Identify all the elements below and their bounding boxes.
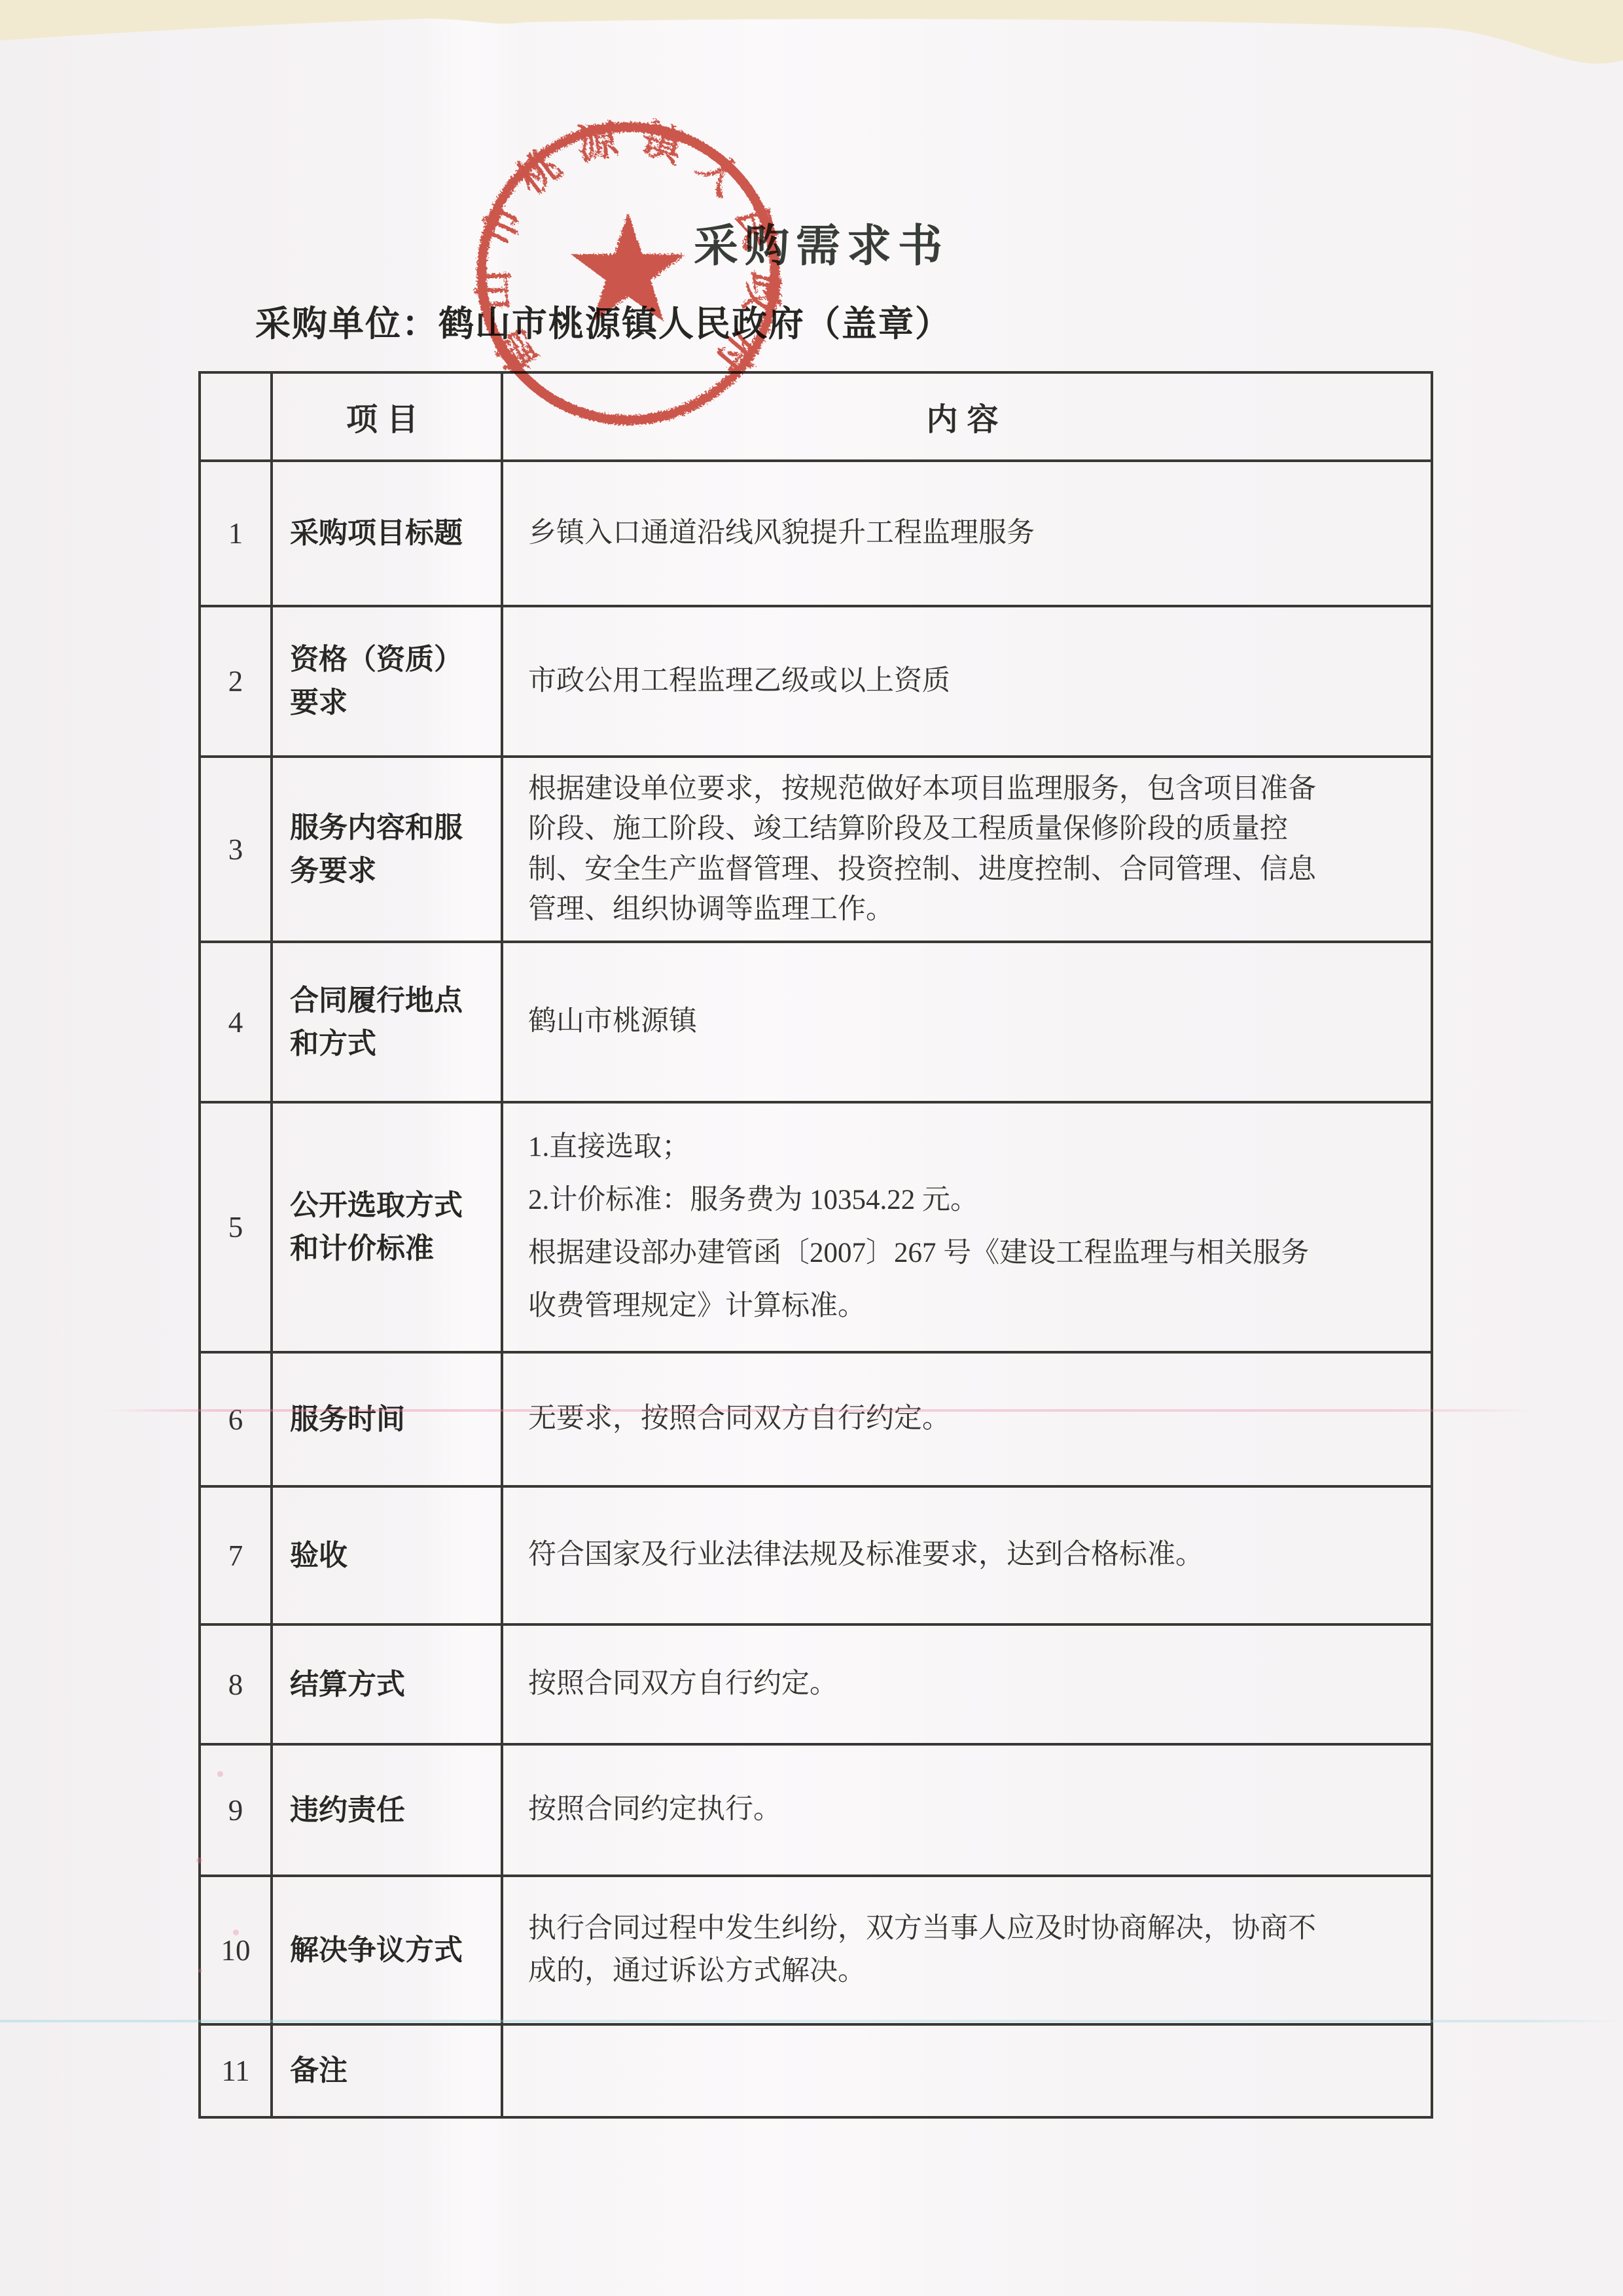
table-row: 4 合同履行地点和方式 鹤山市桃源镇 [200, 942, 1432, 1102]
table-row: 1 采购项目标题 乡镇入口通道沿线风貌提升工程监理服务 [200, 461, 1432, 606]
row-content: 符合国家及行业法律法规及标准要求，达到合格标准。 [502, 1486, 1432, 1624]
row-content: 市政公用工程监理乙级或以上资质 [502, 606, 1432, 757]
row-content-line: 根据建设部办建管函〔2007〕267 号《建设工程监理与相关服务收费管理规定》计… [528, 1227, 1321, 1333]
row-number: 2 [200, 606, 272, 757]
row-label: 解决争议方式 [272, 1876, 502, 2024]
purchaser-line: 采购单位：鹤山市桃源镇人民政府（盖章） [255, 296, 952, 346]
table-row: 3 服务内容和服务要求 根据建设单位要求，按规范做好本项目监理服务，包含项目准备… [200, 757, 1432, 942]
table-header-row: 项目 内容 [200, 372, 1432, 461]
row-label: 结算方式 [272, 1624, 502, 1744]
row-content: 根据建设单位要求，按规范做好本项目监理服务，包含项目准备阶段、施工阶段、竣工结算… [502, 757, 1432, 942]
row-number: 8 [200, 1624, 272, 1744]
row-content: 乡镇入口通道沿线风貌提升工程监理服务 [502, 461, 1432, 606]
row-content [502, 2024, 1432, 2117]
row-label: 服务内容和服务要求 [272, 757, 502, 942]
paper-sheet: 采购需求书 采购单位：鹤山市桃源镇人民政府（盖章） 项目 内容 1 采购项目标题… [0, 0, 1623, 2296]
row-label: 违约责任 [272, 1744, 502, 1876]
requirements-table: 项目 内容 1 采购项目标题 乡镇入口通道沿线风貌提升工程监理服务 2 资格（资… [198, 371, 1433, 2119]
row-content-line: 2.计价标准：服务费为 10354.22 元。 [528, 1174, 1321, 1227]
row-content: 无要求，按照合同双方自行约定。 [502, 1352, 1432, 1486]
row-label: 服务时间 [272, 1352, 502, 1486]
scanned-procurement-document: { "page": { "title": "采购需求书", "purchaser… [0, 0, 1623, 2296]
page-title: 采购需求书 [0, 211, 1623, 274]
row-number: 10 [200, 1876, 272, 2024]
row-content: 按照合同约定执行。 [502, 1744, 1432, 1876]
row-number: 5 [200, 1102, 272, 1352]
row-content: 鹤山市桃源镇 [502, 942, 1432, 1102]
paper-top-edge [0, 0, 1623, 98]
header-empty-cell [200, 372, 272, 461]
row-number: 6 [200, 1352, 272, 1486]
table-row: 7 验收 符合国家及行业法律法规及标准要求，达到合格标准。 [200, 1486, 1432, 1624]
table-row: 9 违约责任 按照合同约定执行。 [200, 1744, 1432, 1876]
table-row: 6 服务时间 无要求，按照合同双方自行约定。 [200, 1352, 1432, 1486]
table-row: 5 公开选取方式和计价标准 1.直接选取； 2.计价标准：服务费为 10354.… [200, 1102, 1432, 1352]
row-label: 资格（资质）要求 [272, 606, 502, 757]
row-number: 3 [200, 757, 272, 942]
table-row: 8 结算方式 按照合同双方自行约定。 [200, 1624, 1432, 1744]
row-number: 1 [200, 461, 272, 606]
row-number: 9 [200, 1744, 272, 1876]
row-label: 验收 [272, 1486, 502, 1624]
row-content-line: 1.直接选取； [528, 1121, 1321, 1174]
table-row: 10 解决争议方式 执行合同过程中发生纠纷，双方当事人应及时协商解决，协商不成的… [200, 1876, 1432, 2024]
row-content: 执行合同过程中发生纠纷，双方当事人应及时协商解决，协商不成的，通过诉讼方式解决。 [502, 1876, 1432, 2024]
table-header-item: 项目 [272, 372, 502, 461]
row-label: 合同履行地点和方式 [272, 942, 502, 1102]
row-label: 备注 [272, 2024, 502, 2117]
row-label: 公开选取方式和计价标准 [272, 1102, 502, 1352]
row-content: 按照合同双方自行约定。 [502, 1624, 1432, 1744]
table-row: 2 资格（资质）要求 市政公用工程监理乙级或以上资质 [200, 606, 1432, 757]
row-number: 4 [200, 942, 272, 1102]
row-number: 11 [200, 2024, 272, 2117]
row-number: 7 [200, 1486, 272, 1624]
table-row: 11 备注 [200, 2024, 1432, 2117]
row-label: 采购项目标题 [272, 461, 502, 606]
table-header-content: 内容 [502, 372, 1432, 461]
row-content: 1.直接选取； 2.计价标准：服务费为 10354.22 元。 根据建设部办建管… [502, 1102, 1432, 1352]
